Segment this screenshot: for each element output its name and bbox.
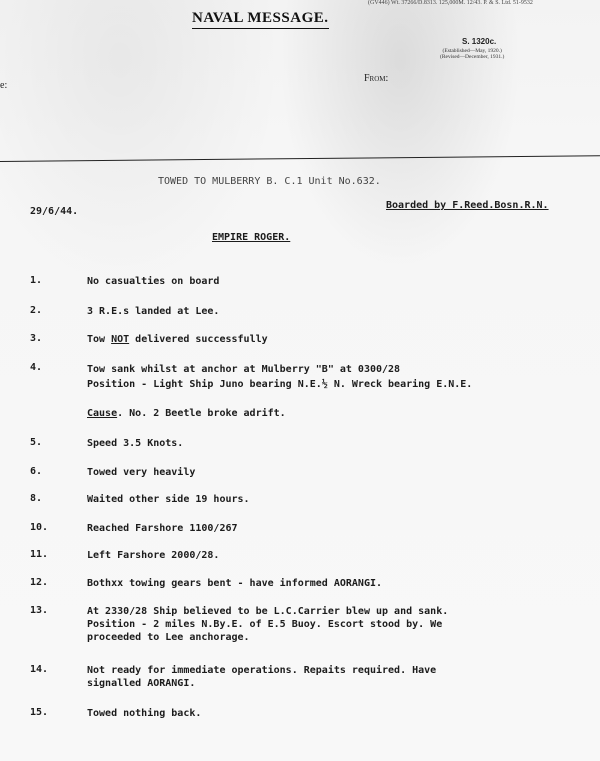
boarded-by: Boarded by F.Reed.Bosn.R.N. (386, 200, 549, 211)
item-text: Cause. No. 2 Beetle broke adrift. (87, 407, 527, 420)
item-number: 14. (30, 664, 48, 675)
item-number: 12. (30, 577, 48, 588)
item-text: Speed 3.5 Knots. (87, 437, 527, 450)
item-number: 1. (30, 275, 42, 286)
item-text-part: delivered successfully (129, 334, 267, 345)
item-text: Towed very heavily (87, 466, 527, 479)
to-label-fragment: e: (0, 80, 7, 91)
form-number: S. 1320c. (462, 37, 496, 46)
item-number: 10. (30, 522, 48, 533)
item-text: 3 R.E.s landed at Lee. (87, 305, 527, 318)
item-text: Waited other side 19 hours. (87, 493, 527, 506)
item-number: 13. (30, 605, 48, 616)
document-page: (GV446) Wt. 37266/D.8313. 125,000M. 12/4… (0, 0, 600, 761)
item-text: Tow sank whilst at anchor at Mulberry "B… (87, 362, 527, 392)
item-number: 3. (30, 333, 42, 344)
item-text: Bothxx towing gears bent - have informed… (87, 577, 527, 590)
revised-date: (Revised—December, 1931.) (440, 54, 504, 60)
item-text: No casualties on board (87, 275, 527, 288)
item-number: 5. (30, 437, 42, 448)
ship-name: EMPIRE ROGER. (212, 232, 290, 243)
print-code: (GV446) Wt. 37266/D.8313. 125,000M. 12/4… (368, 0, 533, 6)
item-number: 4. (30, 362, 42, 373)
item-text: Reached Farshore 1100/267 (87, 522, 527, 535)
item-text: Tow NOT delivered successfully (87, 333, 527, 346)
from-label: From: (364, 73, 388, 84)
emphasis-not: NOT (111, 334, 129, 345)
form-header: (GV446) Wt. 37266/D.8313. 125,000M. 12/4… (0, 0, 600, 160)
item-number: 2. (30, 305, 42, 316)
item-text: At 2330/28 Ship believed to be L.C.Carri… (87, 605, 527, 644)
item-text: Towed nothing back. (87, 707, 527, 720)
item-text-part: Tow (87, 334, 111, 345)
item-number: 11. (30, 549, 48, 560)
item-number: 8. (30, 493, 42, 504)
form-dates: (Established—May, 1920.) (Revised—Decemb… (440, 48, 504, 60)
message-date: 29/6/44. (30, 206, 78, 217)
item-number: 6. (30, 466, 42, 477)
item-text-part: . No. 2 Beetle broke adrift. (117, 408, 286, 419)
item-text: Left Farshore 2000/28. (87, 549, 527, 562)
cause-label: Cause (87, 408, 117, 419)
item-text: Not ready for immediate operations. Repa… (87, 664, 527, 690)
message-subject: TOWED TO MULBERRY B. C.1 Unit No.632. (158, 176, 381, 187)
item-number: 15. (30, 707, 48, 718)
form-title: NAVAL MESSAGE. (192, 10, 329, 29)
